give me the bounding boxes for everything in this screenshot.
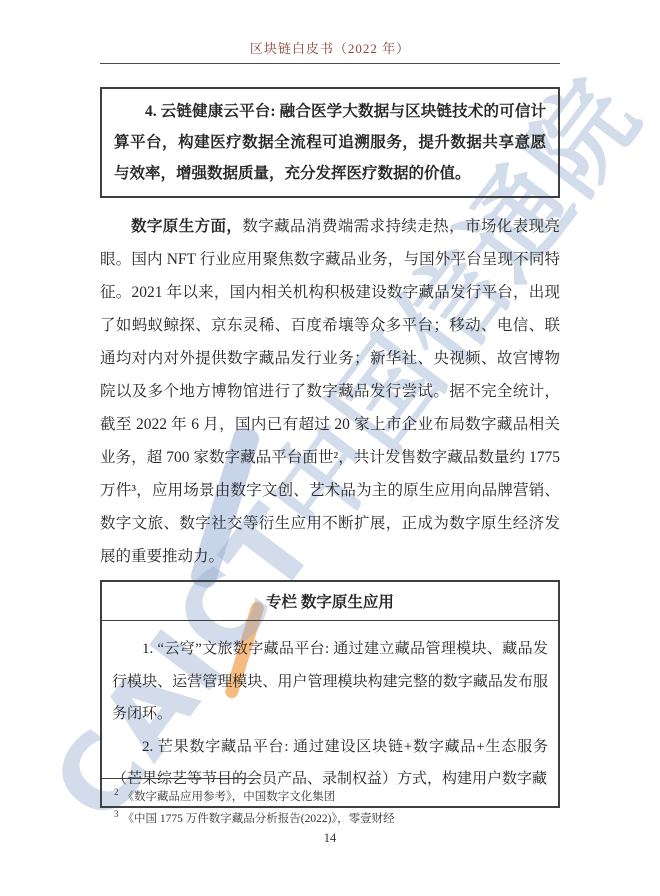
- footnote-2-text: 《数字藏品应用参考》，中国数字文化集团: [123, 791, 336, 803]
- body-paragraph: 数字原生方面，数字藏品消费端需求持续走热，市场化表现亮眼。国内 NFT 行业应用…: [100, 210, 560, 573]
- page-content: 区块链白皮书（2022 年） 4. 云链健康云平台: 融合医学大数据与区块链技术…: [100, 0, 560, 808]
- footnote-3-text: 《中国 1775 万件数字藏品分析报告(2022)》，零壹财经: [123, 813, 395, 825]
- callout-text: 4. 云链健康云平台: 融合医学大数据与区块链技术的可信计算平台，构建医疗数据全…: [114, 96, 546, 189]
- paragraph-body-text: 数字藏品消费端需求持续走热，市场化表现亮眼。国内 NFT 行业应用聚焦数字藏品业…: [100, 218, 560, 565]
- document-page: CAICT中国信通院 区块链白皮书（2022 年） 4. 云链健康云平台: 融合…: [0, 0, 660, 896]
- footnote-2: 2《数字藏品应用参考》，中国数字文化集团: [100, 784, 560, 806]
- column-box-digital-native: 专栏 数字原生应用 1. “云穹”文旅数字藏品平台: 通过建立藏品管理模块、藏品…: [100, 580, 560, 808]
- callout-box-cloud-health: 4. 云链健康云平台: 融合医学大数据与区块链技术的可信计算平台，构建医疗数据全…: [100, 87, 560, 198]
- column-item-1: 1. “云穹”文旅数字藏品平台: 通过建立藏品管理模块、藏品发行模块、运营管理模…: [112, 633, 548, 731]
- footnote-rule: [100, 778, 260, 779]
- page-number: 14: [0, 831, 660, 846]
- header-rule: [100, 63, 560, 64]
- footnotes: 2《数字藏品应用参考》，中国数字文化集团 3《中国 1775 万件数字藏品分析报…: [100, 778, 560, 828]
- page-header-title: 区块链白皮书（2022 年）: [100, 38, 560, 57]
- column-box-title: 专栏 数字原生应用: [102, 582, 558, 621]
- footnote-3-marker: 3: [114, 809, 119, 819]
- footnote-2-marker: 2: [114, 787, 119, 797]
- document-header: 区块链白皮书（2022 年）: [100, 0, 560, 64]
- footnote-3: 3《中国 1775 万件数字藏品分析报告(2022)》，零壹财经: [100, 806, 560, 828]
- paragraph-lead: 数字原生方面，: [131, 218, 242, 235]
